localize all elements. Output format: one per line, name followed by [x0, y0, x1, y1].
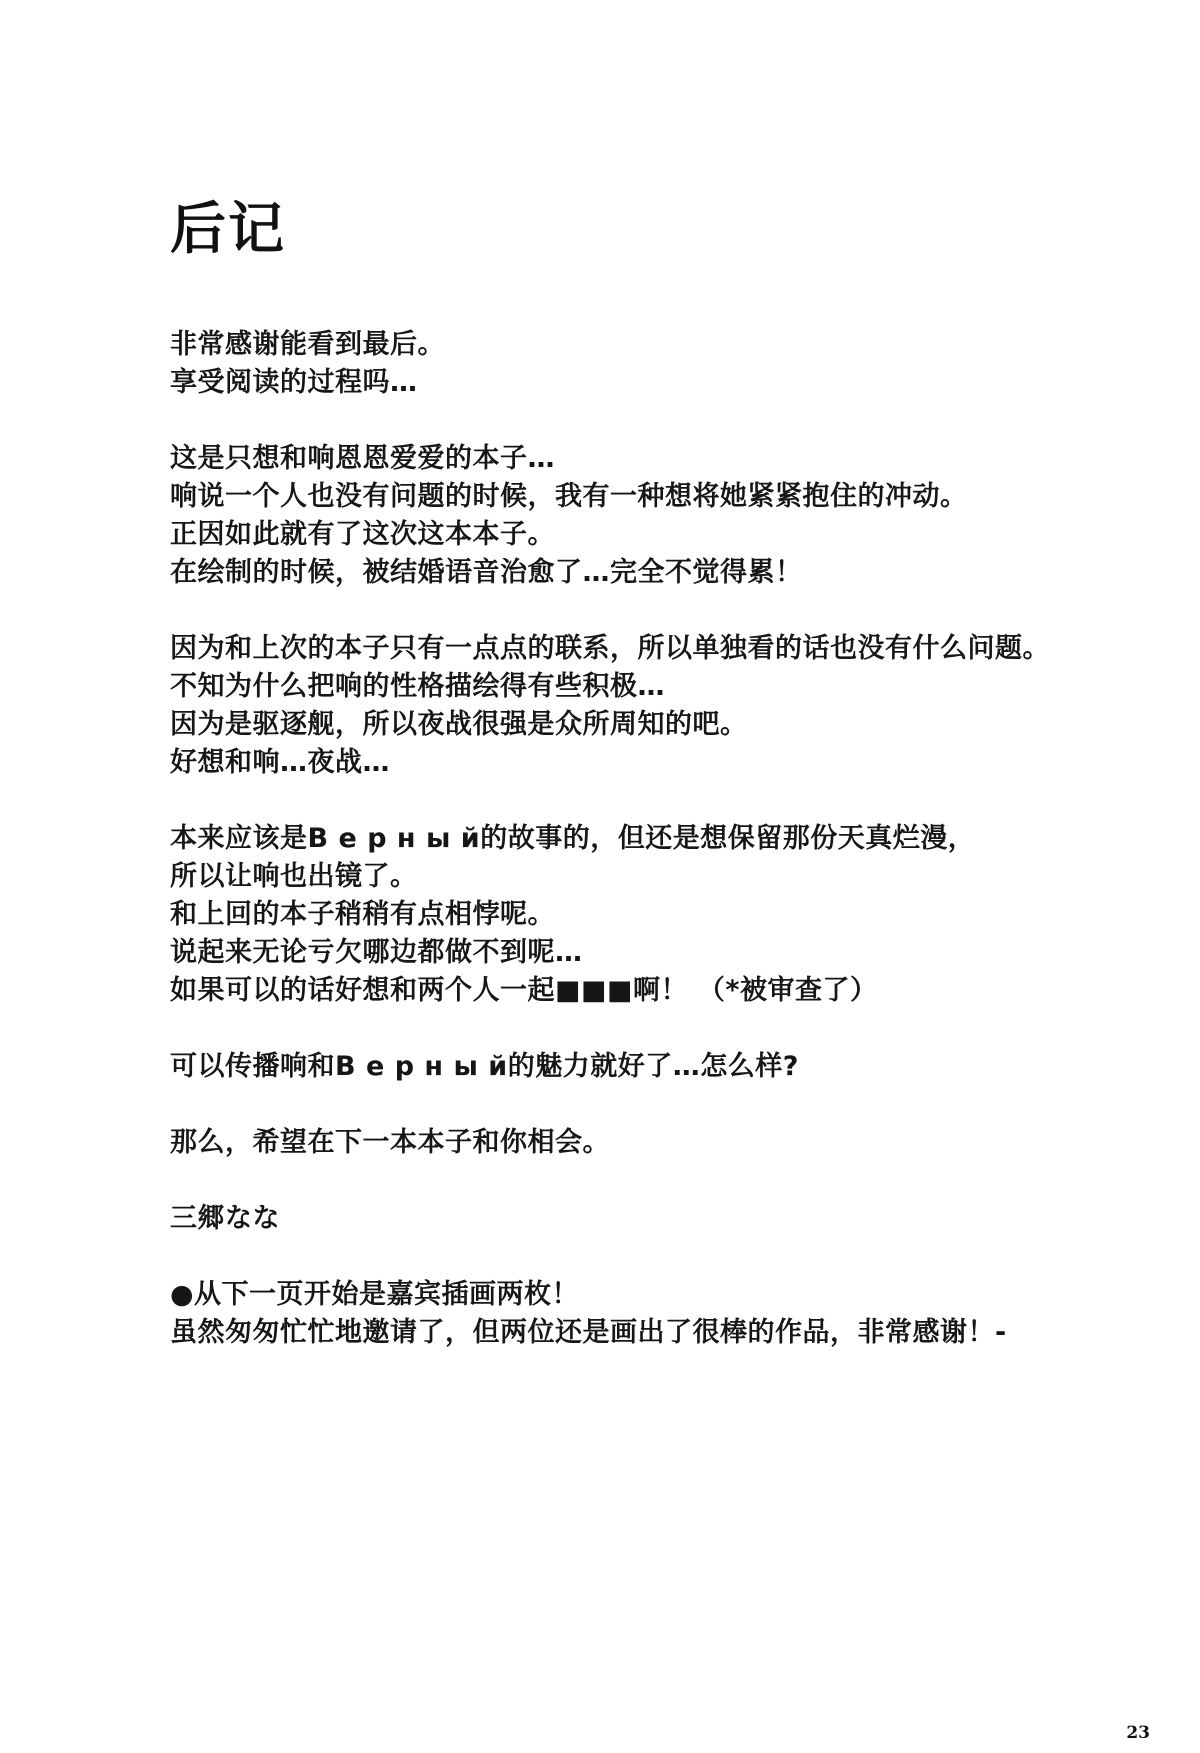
text-line: 好想和响…夜战… — [170, 744, 1160, 782]
text-line: 非常感谢能看到最后。 — [170, 326, 1160, 364]
text-line: 在绘制的时候，被结婚语音治愈了…完全不觉得累！ — [170, 554, 1160, 592]
text-line: 正因如此就有了这次这本本子。 — [170, 516, 1160, 554]
text-line: 所以让响也出镜了。 — [170, 858, 1160, 896]
text-line: 虽然匆匆忙忙地邀请了，但两位还是画出了很棒的作品，非常感谢！- — [170, 1314, 1160, 1352]
text-line: 享受阅读的过程吗… — [170, 364, 1160, 402]
paragraph-signature: 三郷なな — [170, 1200, 1160, 1238]
text-line: 不知为什么把响的性格描绘得有些积极… — [170, 668, 1160, 706]
text-line: 这是只想和响恩恩爱爱的本子… — [170, 440, 1160, 478]
text-line: 说起来无论亏欠哪边都做不到呢… — [170, 934, 1160, 972]
text-line: 和上回的本子稍稍有点相悖呢。 — [170, 896, 1160, 934]
paragraph-farewell: 那么，希望在下一本本子和你相会。 — [170, 1124, 1160, 1162]
page-title: 后记 — [170, 198, 1160, 262]
paragraph-concept: 这是只想和响恩恩爱爱的本子… 响说一个人也没有问题的时候，我有一种想将她紧紧抱住… — [170, 440, 1160, 592]
text-line: 本来应该是В е р н ы й的故事的，但还是想保留那份天真烂漫， — [170, 820, 1160, 858]
paragraph-verniy: 本来应该是В е р н ы й的故事的，但还是想保留那份天真烂漫， 所以让响也… — [170, 820, 1160, 1010]
page-number: 23 — [1126, 1723, 1150, 1743]
paragraph-guest-note: ●从下一页开始是嘉宾插画两枚！ 虽然匆匆忙忙地邀请了，但两位还是画出了很棒的作品… — [170, 1276, 1160, 1352]
afterword-content: 后记 非常感谢能看到最后。 享受阅读的过程吗… 这是只想和响恩恩爱爱的本子… 响… — [170, 198, 1160, 1352]
text-line: 响说一个人也没有问题的时候，我有一种想将她紧紧抱住的冲动。 — [170, 478, 1160, 516]
paragraph-thanks: 非常感谢能看到最后。 享受阅读的过程吗… — [170, 326, 1160, 402]
text-line: 因为和上次的本子只有一点点的联系，所以单独看的话也没有什么问题。 — [170, 630, 1160, 668]
paragraph-relation: 因为和上次的本子只有一点点的联系，所以单独看的话也没有什么问题。 不知为什么把响… — [170, 630, 1160, 782]
afterword-page: 后记 非常感谢能看到最后。 享受阅读的过程吗… 这是只想和响恩恩爱爱的本子… 响… — [0, 0, 1200, 1753]
author-signature: 三郷なな — [170, 1200, 1160, 1238]
paragraph-charm: 可以传播响和В е р н ы й的魅力就好了…怎么样? — [170, 1048, 1160, 1086]
text-line: ●从下一页开始是嘉宾插画两枚！ — [170, 1276, 1160, 1314]
text-line: 因为是驱逐舰，所以夜战很强是众所周知的吧。 — [170, 706, 1160, 744]
text-line: 可以传播响和В е р н ы й的魅力就好了…怎么样? — [170, 1048, 1160, 1086]
text-line: 如果可以的话好想和两个人一起■■■啊！ （*被审查了） — [170, 972, 1160, 1010]
text-line: 那么，希望在下一本本子和你相会。 — [170, 1124, 1160, 1162]
